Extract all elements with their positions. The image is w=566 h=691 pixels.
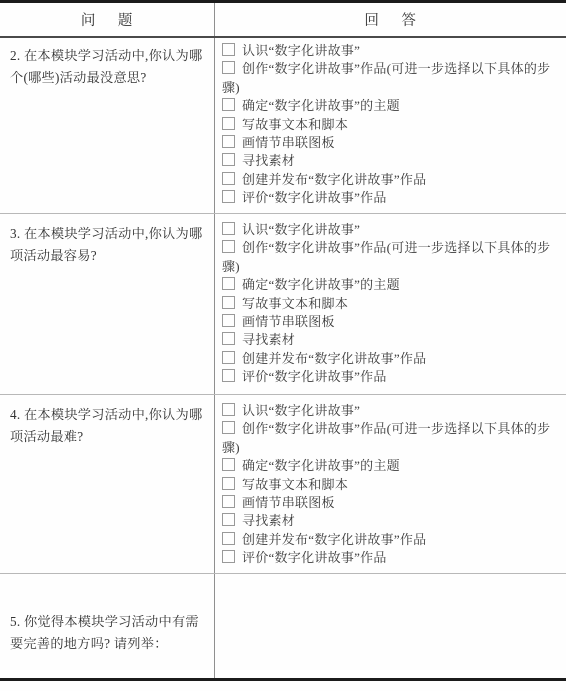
checkbox[interactable] — [222, 351, 235, 364]
answer-option: 写故事文本和脚本 — [222, 476, 558, 494]
answer-option-label: 确定“数字化讲故事”的主题 — [242, 458, 400, 473]
table-row: 4. 在本模块学习活动中,你认为哪项活动最难? 认识“数字化讲故事” 创作“数字… — [0, 394, 566, 573]
answer-option: 评价“数字化讲故事”作品 — [222, 549, 558, 567]
answer-options-list: 认识“数字化讲故事” 创作“数字化讲故事”作品(可进一步选择以下具体的步骤) 确… — [215, 214, 566, 387]
checkbox[interactable] — [222, 153, 235, 166]
answer-option-label: 创作“数字化讲故事”作品(可进一步选择以下具体的步骤) — [222, 61, 550, 94]
answer-option: 画情节串联图板 — [222, 313, 558, 331]
checkbox[interactable] — [222, 369, 235, 382]
checkbox[interactable] — [222, 117, 235, 130]
checkbox[interactable] — [222, 403, 235, 416]
answer-option-label: 画情节串联图板 — [242, 314, 335, 329]
answer-option: 认识“数字化讲故事” — [222, 221, 558, 239]
answer-cell: 认识“数字化讲故事” 创作“数字化讲故事”作品(可进一步选择以下具体的步骤) 确… — [215, 395, 566, 573]
answer-option-label: 认识“数字化讲故事” — [242, 222, 360, 237]
answer-option: 创作“数字化讲故事”作品(可进一步选择以下具体的步骤) — [222, 60, 558, 97]
checkbox[interactable] — [222, 458, 235, 471]
table-row: 3. 在本模块学习活动中,你认为哪项活动最容易? 认识“数字化讲故事” 创作“数… — [0, 213, 566, 394]
checkbox[interactable] — [222, 513, 235, 526]
checkbox[interactable] — [222, 314, 235, 327]
answer-cell: 认识“数字化讲故事” 创作“数字化讲故事”作品(可进一步选择以下具体的步骤) 确… — [215, 214, 566, 394]
answer-option: 写故事文本和脚本 — [222, 295, 558, 313]
checkbox[interactable] — [222, 495, 235, 508]
answer-option: 确定“数字化讲故事”的主题 — [222, 457, 558, 475]
answer-option-label: 认识“数字化讲故事” — [242, 43, 360, 58]
answer-option: 确定“数字化讲故事”的主题 — [222, 276, 558, 294]
answer-option-label: 创建并发布“数字化讲故事”作品 — [242, 532, 426, 547]
answer-option-label: 画情节串联图板 — [242, 135, 335, 150]
question-cell: 3. 在本模块学习活动中,你认为哪项活动最容易? — [0, 214, 215, 394]
answer-option: 寻找素材 — [222, 152, 558, 170]
checkbox[interactable] — [222, 296, 235, 309]
answer-option-label: 确定“数字化讲故事”的主题 — [242, 277, 400, 292]
checkbox[interactable] — [222, 332, 235, 345]
checkbox[interactable] — [222, 222, 235, 235]
answer-option-label: 写故事文本和脚本 — [242, 117, 348, 132]
checkbox[interactable] — [222, 240, 235, 253]
answer-option: 创作“数字化讲故事”作品(可进一步选择以下具体的步骤) — [222, 420, 558, 457]
table-header-row: 问 题 回 答 — [0, 3, 566, 38]
checkbox[interactable] — [222, 550, 235, 563]
answer-option-label: 评价“数字化讲故事”作品 — [242, 369, 387, 384]
checkbox[interactable] — [222, 98, 235, 111]
question-cell: 4. 在本模块学习活动中,你认为哪项活动最难? — [0, 395, 215, 573]
table-row: 2. 在本模块学习活动中,你认为哪个(哪些)活动最没意思? 认识“数字化讲故事”… — [0, 38, 566, 213]
checkbox[interactable] — [222, 172, 235, 185]
answer-option: 认识“数字化讲故事” — [222, 42, 558, 60]
answer-option: 画情节串联图板 — [222, 494, 558, 512]
answer-option: 确定“数字化讲故事”的主题 — [222, 97, 558, 115]
answer-option: 创作“数字化讲故事”作品(可进一步选择以下具体的步骤) — [222, 239, 558, 276]
answer-option: 写故事文本和脚本 — [222, 116, 558, 134]
checkbox[interactable] — [222, 532, 235, 545]
questionnaire-table: 问 题 回 答 2. 在本模块学习活动中,你认为哪个(哪些)活动最没意思? 认识… — [0, 0, 566, 681]
answer-option-label: 认识“数字化讲故事” — [242, 403, 360, 418]
question-text: 5. 你觉得本模块学习活动中有需要完善的地方吗? 请列举： — [10, 611, 208, 654]
answer-option-label: 寻找素材 — [242, 332, 295, 347]
answer-column-header: 回 答 — [215, 3, 566, 36]
answer-option: 寻找素材 — [222, 512, 558, 530]
answer-option-label: 寻找素材 — [242, 513, 295, 528]
table-row: 5. 你觉得本模块学习活动中有需要完善的地方吗? 请列举： — [0, 573, 566, 678]
checkbox[interactable] — [222, 277, 235, 290]
answer-option: 画情节串联图板 — [222, 134, 558, 152]
question-text: 3. 在本模块学习活动中,你认为哪项活动最容易? — [10, 223, 208, 266]
answer-option: 认识“数字化讲故事” — [222, 402, 558, 420]
question-column-header: 问 题 — [0, 3, 215, 36]
answer-option-label: 确定“数字化讲故事”的主题 — [242, 98, 400, 113]
answer-option-label: 评价“数字化讲故事”作品 — [242, 550, 387, 565]
answer-option: 寻找素材 — [222, 331, 558, 349]
checkbox[interactable] — [222, 421, 235, 434]
checkbox[interactable] — [222, 477, 235, 490]
answer-cell: 认识“数字化讲故事” 创作“数字化讲故事”作品(可进一步选择以下具体的步骤) 确… — [215, 38, 566, 213]
checkbox[interactable] — [222, 43, 235, 56]
answer-option-label: 写故事文本和脚本 — [242, 296, 348, 311]
scanned-questionnaire-page: 问 题 回 答 2. 在本模块学习活动中,你认为哪个(哪些)活动最没意思? 认识… — [0, 0, 566, 691]
question-text: 2. 在本模块学习活动中,你认为哪个(哪些)活动最没意思? — [10, 45, 208, 88]
answer-option-label: 评价“数字化讲故事”作品 — [242, 190, 387, 205]
answer-option-label: 写故事文本和脚本 — [242, 477, 348, 492]
question-cell: 5. 你觉得本模块学习活动中有需要完善的地方吗? 请列举： — [0, 574, 215, 678]
answer-option: 创建并发布“数字化讲故事”作品 — [222, 531, 558, 549]
answer-option-label: 寻找素材 — [242, 153, 295, 168]
answer-options-list — [215, 574, 566, 578]
answer-option-label: 创作“数字化讲故事”作品(可进一步选择以下具体的步骤) — [222, 240, 550, 273]
answer-option: 创建并发布“数字化讲故事”作品 — [222, 350, 558, 368]
answer-option-label: 创建并发布“数字化讲故事”作品 — [242, 172, 426, 187]
question-cell: 2. 在本模块学习活动中,你认为哪个(哪些)活动最没意思? — [0, 38, 215, 213]
answer-option-label: 创建并发布“数字化讲故事”作品 — [242, 351, 426, 366]
checkbox[interactable] — [222, 190, 235, 203]
answer-options-list: 认识“数字化讲故事” 创作“数字化讲故事”作品(可进一步选择以下具体的步骤) 确… — [215, 395, 566, 568]
answer-options-list: 认识“数字化讲故事” 创作“数字化讲故事”作品(可进一步选择以下具体的步骤) 确… — [215, 38, 566, 208]
answer-option-label: 画情节串联图板 — [242, 495, 335, 510]
checkbox[interactable] — [222, 61, 235, 74]
answer-option: 评价“数字化讲故事”作品 — [222, 189, 558, 207]
answer-option: 创建并发布“数字化讲故事”作品 — [222, 171, 558, 189]
answer-option-label: 创作“数字化讲故事”作品(可进一步选择以下具体的步骤) — [222, 421, 550, 454]
checkbox[interactable] — [222, 135, 235, 148]
answer-option: 评价“数字化讲故事”作品 — [222, 368, 558, 386]
question-text: 4. 在本模块学习活动中,你认为哪项活动最难? — [10, 404, 208, 447]
answer-cell-empty — [215, 574, 566, 678]
